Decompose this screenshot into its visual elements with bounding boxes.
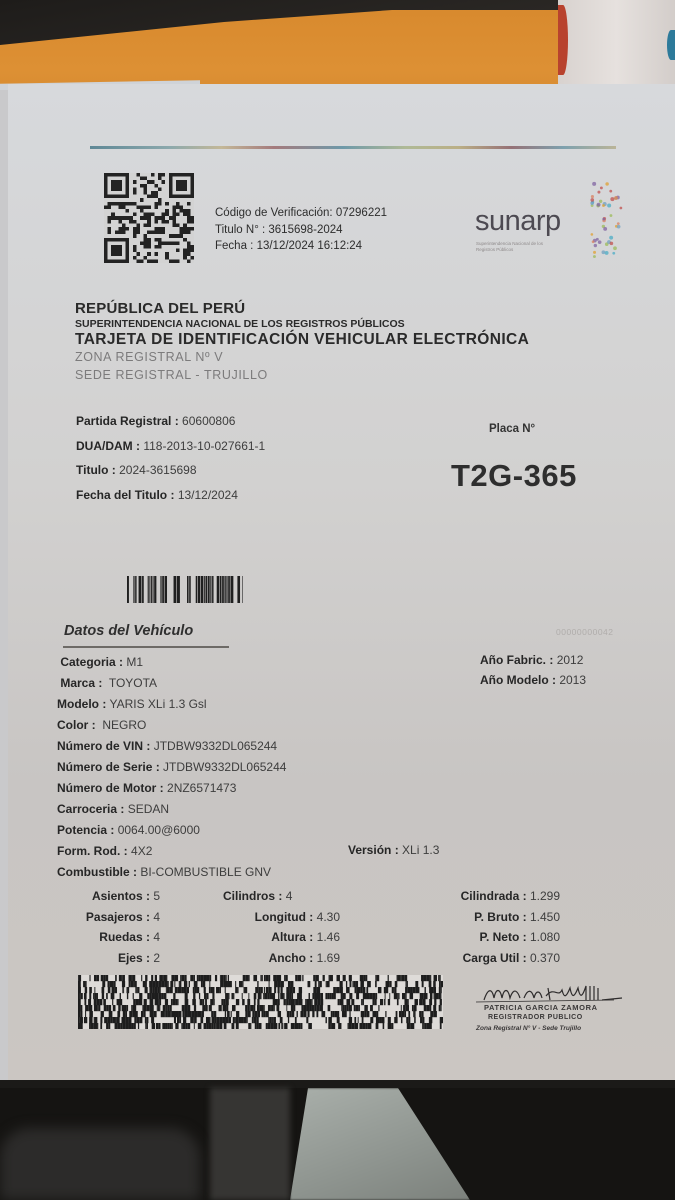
field-carga-util: Carga Util : 0.370 bbox=[420, 951, 560, 972]
year-fields: Año Fabric. : 2012 Año Modelo : 2013 bbox=[480, 653, 586, 693]
field-carroceria: Carroceria : SEDAN bbox=[57, 801, 286, 822]
registry-office: SEDE REGISTRAL - TRUJILLO bbox=[75, 368, 529, 382]
plate-number: T2G-365 bbox=[451, 458, 577, 494]
field-pasajeros: Pasajeros : 4 bbox=[55, 910, 160, 931]
issue-date: 13/12/2024 16:12:24 bbox=[257, 240, 363, 252]
field-ano-modelo: Año Modelo : 2013 bbox=[480, 673, 586, 693]
agency-name: SUPERINTENDENCIA NACIONAL DE LOS REGISTR… bbox=[75, 318, 529, 330]
document-title: TARJETA DE IDENTIFICACIÓN VEHICULAR ELEC… bbox=[75, 331, 529, 349]
field-ancho: Ancho : 1.69 bbox=[215, 951, 340, 972]
barcode-icon bbox=[127, 576, 243, 603]
specs-column-3: Cilindrada : 1.299 P. Bruto : 1.450 P. N… bbox=[420, 889, 560, 971]
field-version: Versión : XLi 1.3 bbox=[348, 843, 439, 857]
verification-code: 07296221 bbox=[336, 207, 387, 219]
specs-column-2: Cilindros : 4 Longitud : 4.30 Altura : 1… bbox=[215, 889, 340, 971]
specs-column-1: Asientos : 5 Pasajeros : 4 Ruedas : 4 Ej… bbox=[55, 889, 160, 971]
field-modelo: Modelo : YARIS XLi 1.3 Gsl bbox=[57, 696, 286, 717]
field-combustible: Combustible : BI-COMBUSTIBLE GNV bbox=[57, 864, 286, 885]
field-ano-fabric: Año Fabric. : 2012 bbox=[480, 653, 586, 673]
header-color-rule bbox=[90, 146, 616, 149]
field-dua: DUA/DAM : 118-2013-10-027661-1 bbox=[76, 439, 265, 464]
registrar-zone: Zona Registral N° V - Sede Trujillo bbox=[476, 1025, 581, 1032]
field-potencia: Potencia : 0064.00@6000 bbox=[57, 822, 286, 843]
field-marca: Marca : TOYOTA bbox=[57, 675, 286, 696]
field-form-rod: Form. Rod. : 4X2 bbox=[57, 843, 286, 864]
pdf417-barcode-icon bbox=[78, 975, 443, 1029]
field-categoria: Categoria : M1 bbox=[57, 654, 286, 675]
field-ejes: Ejes : 2 bbox=[55, 951, 160, 972]
title-number-line: Titulo N° : 3615698-2024 bbox=[215, 222, 387, 239]
field-cilindros: Cilindros : 4 bbox=[215, 889, 340, 910]
registry-zone: ZONA REGISTRAL Nº V bbox=[75, 350, 529, 364]
title-number: 3615698-2024 bbox=[268, 224, 342, 236]
field-cilindrada: Cilindrada : 1.299 bbox=[420, 889, 560, 910]
registry-fields: Partida Registral : 60600806 DUA/DAM : 1… bbox=[76, 414, 265, 512]
field-serie: Número de Serie : JTDBW9332DL065244 bbox=[57, 759, 286, 780]
field-vin: Número de VIN : JTDBW9332DL065244 bbox=[57, 738, 286, 759]
issue-date-line: Fecha : 13/12/2024 16:12:24 bbox=[215, 238, 387, 255]
plate-label: Placa N° bbox=[489, 423, 535, 435]
vehicle-fields: Categoria : M1 Marca : TOYOTA Modelo : Y… bbox=[57, 654, 286, 885]
field-asientos: Asientos : 5 bbox=[55, 889, 160, 910]
field-altura: Altura : 1.46 bbox=[215, 930, 340, 951]
vehicle-section-title: Datos del Vehículo bbox=[64, 623, 193, 639]
registrar-role: REGISTRADOR PUBLICO bbox=[488, 1014, 583, 1021]
qr-code-icon bbox=[103, 173, 195, 263]
country-name: REPÚBLICA DEL PERÚ bbox=[75, 300, 529, 317]
field-ruedas: Ruedas : 4 bbox=[55, 930, 160, 951]
verification-block: Código de Verificación: 07296221 Titulo … bbox=[215, 205, 387, 255]
registrar-name: PATRICIA GARCIA ZAMORA bbox=[484, 1003, 598, 1012]
section-divider bbox=[63, 646, 229, 648]
field-color: Color : NEGRO bbox=[57, 717, 286, 738]
faint-serial: 00000000042 bbox=[556, 627, 614, 637]
document-header: REPÚBLICA DEL PERÚ SUPERINTENDENCIA NACI… bbox=[75, 300, 529, 382]
registrar-signature: PATRICIA GARCIA ZAMORA REGISTRADOR PUBLI… bbox=[474, 982, 634, 1044]
field-p-bruto: P. Bruto : 1.450 bbox=[420, 910, 560, 931]
field-fecha-titulo: Fecha del Titulo : 13/12/2024 bbox=[76, 488, 265, 513]
signature-scrawl-icon bbox=[474, 982, 624, 1004]
field-titulo: Titulo : 2024-3615698 bbox=[76, 463, 265, 488]
field-motor: Número de Motor : 2NZ6571473 bbox=[57, 780, 286, 801]
field-partida: Partida Registral : 60600806 bbox=[76, 414, 265, 439]
background-bottom bbox=[0, 1088, 675, 1200]
field-longitud: Longitud : 4.30 bbox=[215, 910, 340, 931]
sunarp-logo: sunarp Superintendencia Nacional de los … bbox=[473, 178, 633, 268]
verification-code-line: Código de Verificación: 07296221 bbox=[215, 205, 387, 222]
field-p-neto: P. Neto : 1.080 bbox=[420, 930, 560, 951]
